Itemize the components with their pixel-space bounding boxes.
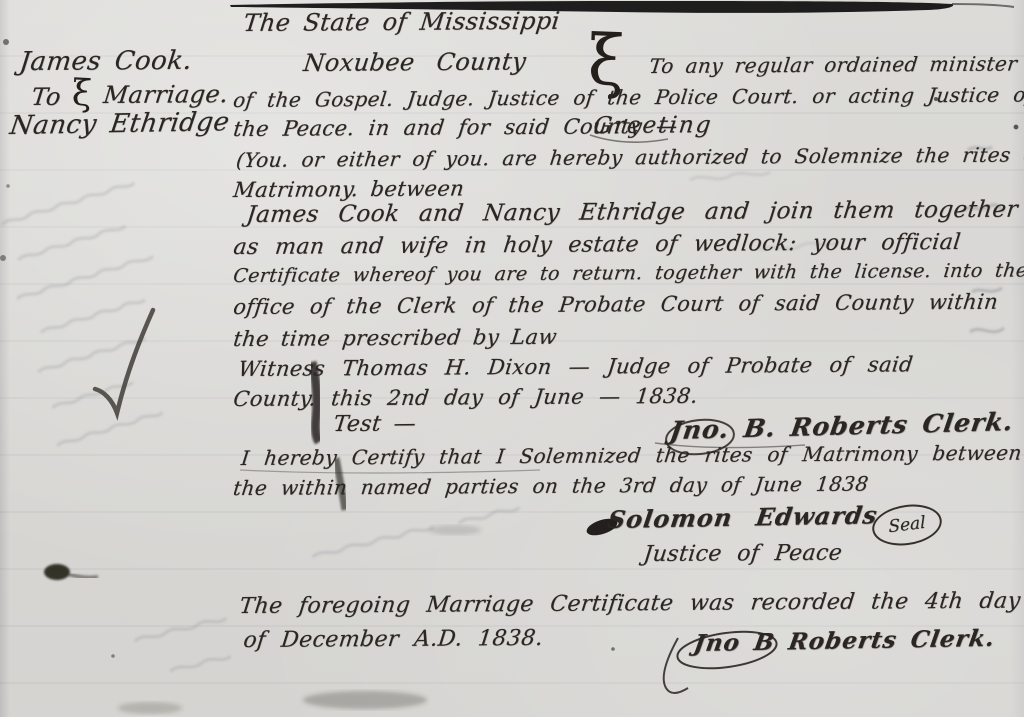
clerk-signature-2: Jno B Roberts Clerk. [692, 626, 997, 657]
line-auth2: Matrimony. between [232, 177, 465, 202]
margin-bride-name: Nancy Ethridge [8, 108, 231, 140]
seal-stamp: Seal [871, 501, 943, 550]
checkmark-annotation [95, 310, 153, 413]
line-wedlock: as man and wife in holy estate of wedloc… [232, 231, 962, 260]
line-state: The State of Mississippi [242, 8, 561, 37]
line-witness2: County. this 2nd day of June — 1838. [232, 385, 699, 411]
line-recorded2: of December A.D. 1838. [242, 627, 544, 653]
margin-subject-label: Marriage. [102, 81, 230, 108]
test-label: Test — [332, 412, 417, 437]
margin-brace-icon: ξ [71, 73, 93, 115]
scanned-marriage-record: James Cook. To ξ Marriage. Nancy Ethridg… [0, 0, 1024, 717]
line-certify1: I hereby Certify that I Solemnized the r… [240, 442, 1023, 469]
line-names: James Cook and Nancy Ethridge and join t… [245, 198, 1019, 229]
line-witness1: Witness Thomas H. Dixon — Judge of Proba… [237, 353, 914, 381]
ink-smudges [118, 525, 481, 714]
line-cert2: office of the Clerk of the Probate Court… [232, 291, 999, 319]
line-cert3: the time prescribed by Law [232, 326, 558, 351]
officiant-title: Justice of Peace [642, 542, 844, 568]
officiant-signature: Solomon Edwards [606, 502, 879, 533]
line-certify2: the within named parties on the 3rd day … [232, 473, 870, 499]
margin-to-label: To [30, 84, 62, 111]
line-addressee1: To any regular ordained minister [648, 52, 1019, 77]
clerk-signature: Jno. B. Roberts Clerk. [668, 408, 1016, 444]
line-recorded1: The foregoing Marriage Certificate was r… [238, 590, 1022, 620]
line-cert1: Certificate whereof you are to return. t… [232, 260, 1024, 286]
line-county: Noxubee County [302, 48, 528, 76]
line-addressee2: of the Gospel. Judge. Justice of the Pol… [232, 83, 1024, 111]
seal-label: Seal [888, 513, 926, 538]
margin-groom-name: James Cook. [18, 47, 194, 77]
greeting-word: Greeting [592, 113, 714, 139]
line-auth1: (You. or either of you. are hereby autho… [235, 143, 1024, 171]
